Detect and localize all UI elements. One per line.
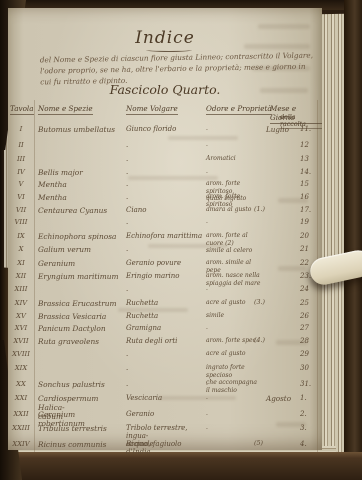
row-volgare: Ciano bbox=[126, 206, 204, 214]
row-nome: Ricinus communis bbox=[38, 440, 124, 449]
book-cover-bottom-edge bbox=[0, 452, 362, 480]
table-row: XXIIITribulus terrestrisTribolo terrestr… bbox=[8, 424, 322, 436]
row-tavola: X bbox=[10, 245, 32, 253]
row-volgare: . bbox=[126, 245, 204, 253]
table-row: XVIII.acre al gusto29 bbox=[8, 350, 322, 362]
row-tavola: XXI bbox=[10, 394, 32, 402]
row-giorno: 12 bbox=[300, 141, 318, 149]
row-nota: (3.) bbox=[254, 299, 274, 306]
row-tavola: I bbox=[10, 125, 32, 133]
row-nome: Bellis major bbox=[38, 168, 124, 177]
row-tavola: XIII bbox=[10, 285, 32, 293]
row-nome: Echinophora spinosa bbox=[38, 232, 124, 241]
row-giorno: 13 bbox=[300, 155, 318, 163]
row-tavola: V bbox=[10, 180, 32, 188]
row-tavola: XXIV bbox=[10, 440, 32, 448]
row-giorno: 26 bbox=[300, 312, 318, 320]
row-odore: . bbox=[206, 380, 262, 388]
table-row: XXIIGeranium robertianumGeranio.2. bbox=[8, 410, 322, 422]
table-row: VIICentaurea CyanusCianoamara al gusto(1… bbox=[8, 206, 322, 218]
row-giorno: 30 bbox=[300, 364, 318, 372]
row-odore: simile bbox=[206, 312, 262, 320]
row-tavola: XVII bbox=[10, 337, 32, 345]
row-giorno: 2. bbox=[300, 410, 318, 418]
row-tavola: XIX bbox=[10, 364, 32, 372]
row-tavola: XXII bbox=[10, 410, 32, 418]
row-nome: Mentha bbox=[38, 193, 124, 202]
row-tavola: IX bbox=[10, 232, 32, 240]
row-tavola: VII bbox=[10, 206, 32, 214]
table-row: III.Aromatici13 bbox=[8, 155, 322, 167]
row-volgare: Echinofora marittima bbox=[126, 232, 204, 240]
row-volgare: Ricino, fagiuolo d'India bbox=[126, 440, 204, 456]
row-volgare: Giunco florido bbox=[126, 125, 204, 133]
row-tavola: XX bbox=[10, 380, 32, 388]
row-giorno: 19 bbox=[300, 218, 318, 226]
table-row: XVBrassica VesicariaRuchettasimile26 bbox=[8, 312, 322, 324]
row-volgare: Ruchetta bbox=[126, 312, 204, 320]
table-row: XGalium verum..21 bbox=[8, 245, 322, 257]
table-row: XIIEryngium maritimumEringio marinoarom.… bbox=[8, 272, 322, 284]
row-volgare: Vescicaria bbox=[126, 394, 204, 402]
table-row: VIMentha.arom. forte spiritoso16 bbox=[8, 193, 322, 205]
row-tavola: XVIII bbox=[10, 350, 32, 358]
row-volgare: Eringio marino bbox=[126, 272, 204, 280]
table-row: IButomus umbellatusGiunco florido.Luglio… bbox=[8, 125, 322, 137]
row-odore: . bbox=[206, 141, 262, 149]
row-nome: Mentha bbox=[38, 180, 124, 189]
row-tavola: XVI bbox=[10, 324, 32, 332]
book-cover-right-edge bbox=[344, 0, 362, 480]
table-row: II..12 bbox=[8, 141, 322, 153]
row-nome: Brassica Vesicaria bbox=[38, 312, 124, 321]
table-row: XIGeraniumGeranio povurearom. simile al … bbox=[8, 259, 322, 271]
table-row: XXICardiospermum Halica- cabumVescicaria… bbox=[8, 394, 322, 406]
row-mese: Agosto bbox=[266, 394, 300, 403]
row-giorno: 24 bbox=[300, 285, 318, 293]
book-photo: { "colors": { "ink": "#5c4a35", "paper":… bbox=[0, 0, 362, 480]
row-nota: (1.) bbox=[254, 206, 274, 213]
row-giorno: 15 bbox=[300, 180, 318, 188]
row-giorno: 14. bbox=[300, 168, 318, 176]
row-odore: Aromatici bbox=[206, 155, 262, 163]
row-giorno: 4. bbox=[300, 440, 318, 448]
table-row: XVIPanicum DactylonGramigna.27 bbox=[8, 324, 322, 336]
row-tavola: XV bbox=[10, 312, 32, 320]
table-row: XVIIRuta graveolensRuta degli ortiarom. … bbox=[8, 337, 322, 349]
row-odore: . bbox=[206, 168, 262, 176]
table-row: VMentha.arom. forte spiritoso, quasi ing… bbox=[8, 180, 322, 192]
row-volgare: . bbox=[126, 180, 204, 188]
row-volgare: Geranio povure bbox=[126, 259, 204, 267]
row-volgare: . bbox=[126, 364, 204, 372]
table-row: IXEchinophora spinosaEchinofora marittim… bbox=[8, 232, 322, 244]
row-tavola: XIV bbox=[10, 299, 32, 307]
row-giorno: 21 bbox=[300, 245, 318, 253]
row-volgare: . bbox=[126, 218, 204, 226]
table-row: XXSonchus palustris..31. bbox=[8, 380, 322, 392]
row-giorno: 28 bbox=[300, 337, 318, 345]
row-odore: . bbox=[206, 125, 262, 133]
row-nome: Sonchus palustris bbox=[38, 380, 124, 389]
row-giorno: 1. bbox=[300, 394, 318, 402]
row-tavola: IV bbox=[10, 168, 32, 176]
row-tavola: XXIII bbox=[10, 424, 32, 432]
row-nome: Centaurea Cyanus bbox=[38, 206, 124, 215]
header-nome-e-spezie: Nome e Spezie bbox=[38, 104, 93, 115]
row-giorno: 3. bbox=[300, 424, 318, 432]
page-stack-right-edge bbox=[318, 14, 346, 456]
page-title: Indice bbox=[8, 28, 322, 48]
row-nome: Ruta graveolens bbox=[38, 337, 124, 346]
row-odore: . bbox=[206, 245, 262, 253]
row-nome: Eryngium maritimum bbox=[38, 272, 124, 281]
row-nota: (5) bbox=[254, 440, 274, 447]
row-giorno: 29 bbox=[300, 350, 318, 358]
row-volgare: Ruta degli orti bbox=[126, 337, 204, 345]
row-tavola: II bbox=[10, 141, 32, 149]
row-volgare: . bbox=[126, 285, 204, 293]
section-title: Fascicolo Quarto. bbox=[8, 82, 322, 97]
row-odore: acre al gusto bbox=[206, 350, 262, 358]
row-odore: . bbox=[206, 394, 262, 402]
row-volgare: . bbox=[126, 193, 204, 201]
table-row: VIII..19 bbox=[8, 218, 322, 230]
row-tavola: VI bbox=[10, 193, 32, 201]
row-giorno: 16 bbox=[300, 193, 318, 201]
row-giorno: 17. bbox=[300, 206, 318, 214]
table-row: IVBellis major..14. bbox=[8, 168, 322, 180]
row-volgare: Ruchetta bbox=[126, 299, 204, 307]
row-nome: Brassica Erucastrum bbox=[38, 299, 124, 308]
row-volgare: Geranio bbox=[126, 410, 204, 418]
row-volgare: Gramigna bbox=[126, 324, 204, 332]
row-nome: Geranium bbox=[38, 259, 124, 268]
row-tavola: III bbox=[10, 155, 32, 163]
row-tavola: XI bbox=[10, 259, 32, 267]
table-row: XIX.ingrato forte specioso che accompagn… bbox=[8, 364, 322, 376]
row-nome: Butomus umbellatus bbox=[38, 125, 124, 134]
row-giorno: 20 bbox=[300, 232, 318, 240]
row-nome: Panicum Dactylon bbox=[38, 324, 124, 333]
table-row: XIVBrassica ErucastrumRuchettaacre al gu… bbox=[8, 299, 322, 311]
row-odore: . bbox=[206, 410, 262, 418]
row-tavola: VIII bbox=[10, 218, 32, 226]
row-volgare: . bbox=[126, 168, 204, 176]
row-giorno: 25 bbox=[300, 299, 318, 307]
row-odore: . bbox=[206, 218, 262, 226]
header-tavola: Tavola bbox=[10, 104, 34, 115]
row-giorno: 11. bbox=[300, 125, 318, 133]
row-mese: Luglio bbox=[266, 125, 300, 134]
row-volgare: . bbox=[126, 141, 204, 149]
row-giorno: 27 bbox=[300, 324, 318, 332]
row-giorno: 31. bbox=[300, 380, 318, 388]
table-row: XIII..24 bbox=[8, 285, 322, 297]
row-nome: Tribulus terrestris bbox=[38, 424, 124, 433]
header-odore-proprieta: Odore e Proprietà bbox=[206, 104, 272, 115]
row-odore: . bbox=[206, 285, 262, 293]
header-nome-volgare: Nome Volgare bbox=[126, 104, 178, 115]
row-nome: Galium verum bbox=[38, 245, 124, 254]
table-row: XXIVRicinus communisRicino, fagiuolo d'I… bbox=[8, 440, 322, 452]
row-odore: . bbox=[206, 324, 262, 332]
row-nota: (4.) bbox=[254, 337, 274, 344]
row-odore: . bbox=[206, 424, 262, 432]
row-volgare: . bbox=[126, 155, 204, 163]
row-volgare: . bbox=[126, 350, 204, 358]
row-tavola: XII bbox=[10, 272, 32, 280]
row-volgare: . bbox=[126, 380, 204, 388]
manuscript-page: Indice del Nome e Spezie di ciascun fior… bbox=[8, 8, 322, 450]
